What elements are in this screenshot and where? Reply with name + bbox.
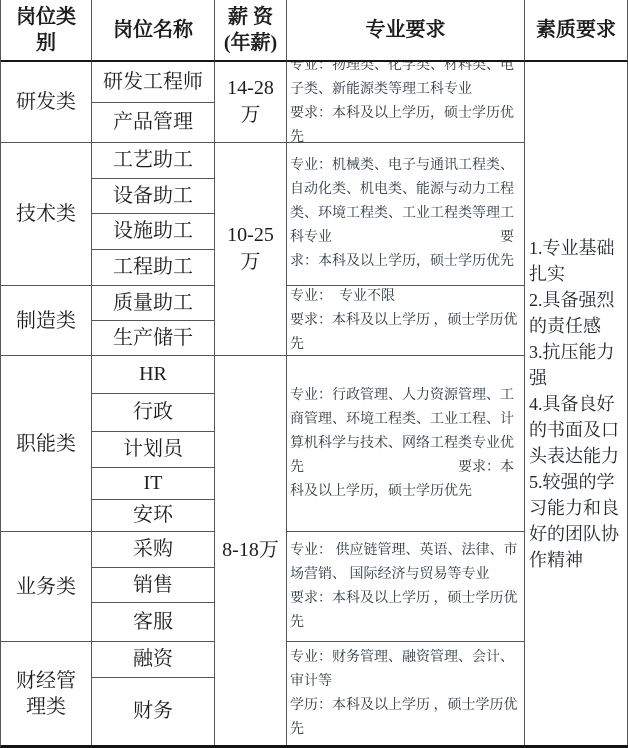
job-cell-procurement: 采购 — [92, 532, 215, 568]
job-cell-engineering-asst: 工程助工 — [92, 250, 215, 286]
job-cell-production-reserve: 生产储干 — [92, 321, 215, 356]
job-cell-process-asst: 工艺助工 — [92, 143, 215, 179]
job-cell-equipment-asst: 设备助工 — [92, 179, 215, 214]
category-manufacturing: 制造类 — [1, 286, 92, 356]
job-cell-hr: HR — [92, 356, 215, 394]
major-req-technical: 专业：机械类、电子与通讯工程类、 自动化类、机电类、能源与动力工程 类、环境工程… — [287, 143, 525, 286]
job-cell-ehs: 安环 — [92, 500, 215, 532]
job-cell-admin: 行政 — [92, 394, 215, 432]
job-cell-planner: 计划员 — [92, 432, 215, 468]
major-req-rnd: 专业：物理类、化学类、材料类、电 子类、新能源类等理工科专业 要求：本科及以上学… — [287, 62, 525, 143]
category-functional: 职能类 — [1, 356, 92, 532]
major-req-functional: 专业：行政管理、人力资源管理、工 商管理、环境工程类、工业工程、计 算机科学与技… — [287, 356, 525, 532]
salary-cell-tech-mfg: 10-25 万 — [215, 143, 287, 356]
category-technical: 技术类 — [1, 143, 92, 286]
job-cell-sales: 销售 — [92, 568, 215, 603]
major-req-business: 专业： 供应链管理、英语、法律、市 场营销、 国际经济与贸易等专业 要求：本科及… — [287, 532, 525, 642]
header-quality: 素质要求 — [525, 0, 628, 62]
job-cell-finance: 财务 — [92, 678, 215, 745]
recruitment-table: 岗位类 别 岗位名称 薪 资 (年薪) 专业要求 素质要求 研发类 技术类 制造… — [0, 0, 628, 748]
header-salary: 薪 资 (年薪) — [215, 0, 287, 62]
category-finance: 财经管 理类 — [1, 642, 92, 745]
job-cell-product-mgmt: 产品管理 — [92, 103, 215, 143]
job-cell-rd-engineer: 研发工程师 — [92, 62, 215, 103]
quality-requirements-cell: 1.专业基础 扎实 2.具备强烈 的责任感 3.抗压能力 强 4.具备良好 的书… — [525, 62, 628, 745]
job-cell-financing: 融资 — [92, 642, 215, 678]
category-business: 业务类 — [1, 532, 92, 642]
header-job-name: 岗位名称 — [92, 0, 215, 62]
job-cell-quality-asst: 质量助工 — [92, 286, 215, 321]
job-cell-it: IT — [92, 468, 215, 500]
major-req-finance: 专业：财务管理、融资管理、会计、 审计等 学历：本科及以上学历 ，硕士学历优 先 — [287, 642, 525, 745]
major-req-manufacturing: 专业： 专业不限 要求：本科及以上学历 ，硕士学历优 先 — [287, 286, 525, 356]
category-rnd: 研发类 — [1, 62, 92, 143]
header-category: 岗位类 别 — [1, 0, 92, 62]
salary-cell-rnd: 14-28 万 — [215, 62, 287, 143]
job-cell-customer-service: 客服 — [92, 603, 215, 642]
salary-cell-func-biz-fin: 8-18万 — [215, 356, 287, 745]
header-major: 专业要求 — [287, 0, 525, 62]
job-cell-facility-asst: 设施助工 — [92, 214, 215, 250]
